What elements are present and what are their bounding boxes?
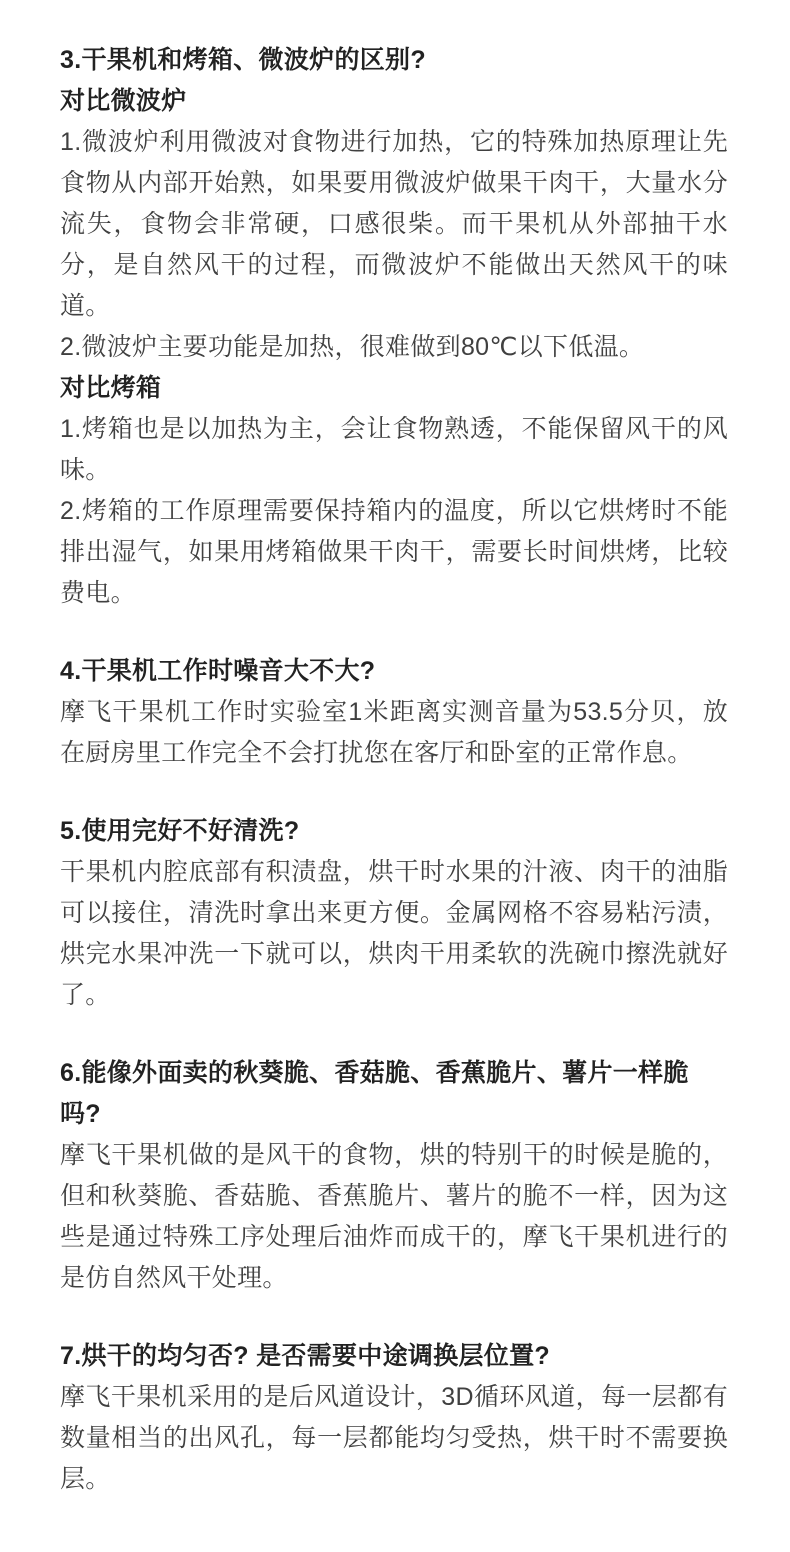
answer-paragraph: 2.烤箱的工作原理需要保持箱内的温度，所以它烘烤时不能排出湿气，如果用烤箱做果干… (60, 491, 728, 614)
faq-section-q4: 4.干果机工作时噪音大不大? 摩飞干果机工作时实验室1米距离实测音量为53.5分… (60, 651, 728, 774)
faq-section-q7: 7.烘干的均匀否? 是否需要中途调换层位置? 摩飞干果机采用的是后风道设计，3D… (60, 1336, 728, 1500)
faq-page: 3.干果机和烤箱、微波炉的区别? 对比微波炉 1.微波炉利用微波对食物进行加热，… (0, 0, 790, 1552)
question-5-heading: 5.使用完好不好清洗? (60, 811, 728, 852)
answer-paragraph: 1.微波炉利用微波对食物进行加热，它的特殊加热原理让先食物从内部开始熟，如果要用… (60, 122, 728, 327)
answer-paragraph: 2.微波炉主要功能是加热，很难做到80℃以下低温。 (60, 327, 728, 368)
question-7-heading: 7.烘干的均匀否? 是否需要中途调换层位置? (60, 1336, 728, 1377)
microwave-compare-subheading: 对比微波炉 (60, 81, 728, 122)
question-6-heading: 6.能像外面卖的秋葵脆、香菇脆、香蕉脆片、薯片一样脆吗? (60, 1053, 728, 1135)
answer-paragraph: 摩飞干果机做的是风干的食物，烘的特别干的时候是脆的，但和秋葵脆、香菇脆、香蕉脆片… (60, 1135, 728, 1299)
answer-paragraph: 摩飞干果机工作时实验室1米距离实测音量为53.5分贝，放在厨房里工作完全不会打扰… (60, 692, 728, 774)
faq-section-q6: 6.能像外面卖的秋葵脆、香菇脆、香蕉脆片、薯片一样脆吗? 摩飞干果机做的是风干的… (60, 1053, 728, 1299)
answer-paragraph: 摩飞干果机采用的是后风道设计，3D循环风道，每一层都有数量相当的出风孔，每一层都… (60, 1377, 728, 1500)
faq-section-q3: 3.干果机和烤箱、微波炉的区别? 对比微波炉 1.微波炉利用微波对食物进行加热，… (60, 40, 728, 614)
answer-paragraph: 1.烤箱也是以加热为主，会让食物熟透，不能保留风干的风味。 (60, 409, 728, 491)
question-4-heading: 4.干果机工作时噪音大不大? (60, 651, 728, 692)
answer-paragraph: 干果机内腔底部有积渍盘，烘干时水果的汁液、肉干的油脂可以接住，清洗时拿出来更方便… (60, 852, 728, 1016)
faq-section-q5: 5.使用完好不好清洗? 干果机内腔底部有积渍盘，烘干时水果的汁液、肉干的油脂可以… (60, 811, 728, 1016)
question-3-heading: 3.干果机和烤箱、微波炉的区别? (60, 40, 728, 81)
oven-compare-subheading: 对比烤箱 (60, 368, 728, 409)
